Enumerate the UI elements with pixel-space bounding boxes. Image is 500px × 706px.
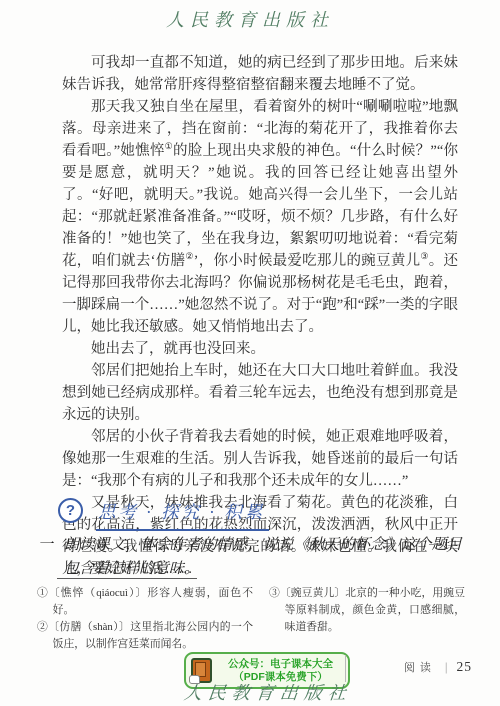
exercise-item-1: 一 朗读课文，体会作者的情感，说说《秋天的怀念》这个题目包含着怎样的意味。 [38,533,462,581]
paragraph-text: ’，你小时候最爱吃那儿的豌豆黄儿 [194,253,421,269]
footnote-1: ①〔憔悴（qiáocuì）〕形容人瘦弱，面色不好。 [37,585,253,619]
footnote-2: ②〔仿膳（shàn）〕这里指北海公园内的一个饭庄，以制作宫廷菜而闻名。 [37,619,253,653]
footnote-3: ③〔豌豆黄儿〕北京的一种小吃，用豌豆等原料制成，颜色金黄，口感细腻，味道香甜。 [269,585,465,636]
paragraph: 邻居的小伙子背着我去看她的时候，她正艰难地呼吸着，像她那一生艰难的生活。别人告诉… [62,426,458,492]
exercise-section-header: ? 思考 · 探究 · 积累 [58,498,269,531]
footnote-separator-rule [57,578,197,579]
footnote-ref-2: ② [185,251,193,261]
footer-divider: | [445,659,448,675]
publisher-logo-bottom: 人民教育出版社 [183,679,354,705]
footnotes: ①〔憔悴（qiáocuì）〕形容人瘦弱，面色不好。 ②〔仿膳（shàn）〕这里指… [37,585,465,653]
promo-badge-line1: 公众号：电子课本大全 [218,658,343,671]
publisher-logo-top: 人民教育出版社 [0,6,500,32]
paragraph: 她出去了，就再也没回来。 [62,338,458,360]
question-mark-icon: ? [58,498,83,523]
badge-side-divider [345,655,346,682]
page-footer: 阅读 | 25 [404,659,472,675]
paragraph: 可我却一直都不知道，她的病已经到了那步田地。后来妹妹告诉我，她常常肝疼得整宿整宿… [62,52,458,96]
textbook-page: 人民教育出版社 可我却一直都不知道，她的病已经到了那步田地。后来妹妹告诉我，她常… [0,0,500,706]
paragraph: 邻居们把她抬上车时，她还在大口大口地吐着鲜血。我没想到她已经病成那样。看着三轮车… [62,360,458,426]
footnotes-left-column: ①〔憔悴（qiáocuì）〕形容人瘦弱，面色不好。 ②〔仿膳（shàn）〕这里指… [37,585,253,653]
footnote-ref-1: ① [165,141,173,151]
footnotes-right-column: ③〔豌豆黄儿〕北京的一种小吃，用豌豆等原料制成，颜色金黄，口感细腻，味道香甜。 [269,585,465,653]
paragraph-text: 的脸上现出央求般的神色。“什么时候？”“你要是愿意，就明天？”她说。我的回答已经… [62,143,458,269]
paragraph: 那天我又独自坐在屋里，看着窗外的树叶“唰唰啦啦”地飘落。母亲进来了，挡在窗前：“… [62,96,458,338]
exercise-item-text: 朗读课文，体会作者的情感，说说《秋天的怀念》这个题目包含着怎样的意味。 [64,533,462,581]
exercise-section-title: 思考 · 探究 · 积累 [96,498,269,531]
footer-page-number: 25 [457,659,473,675]
exercise-item-number: 一 [38,533,53,581]
footnote-ref-3: ③ [420,251,428,261]
footer-section-label: 阅读 [404,659,436,675]
